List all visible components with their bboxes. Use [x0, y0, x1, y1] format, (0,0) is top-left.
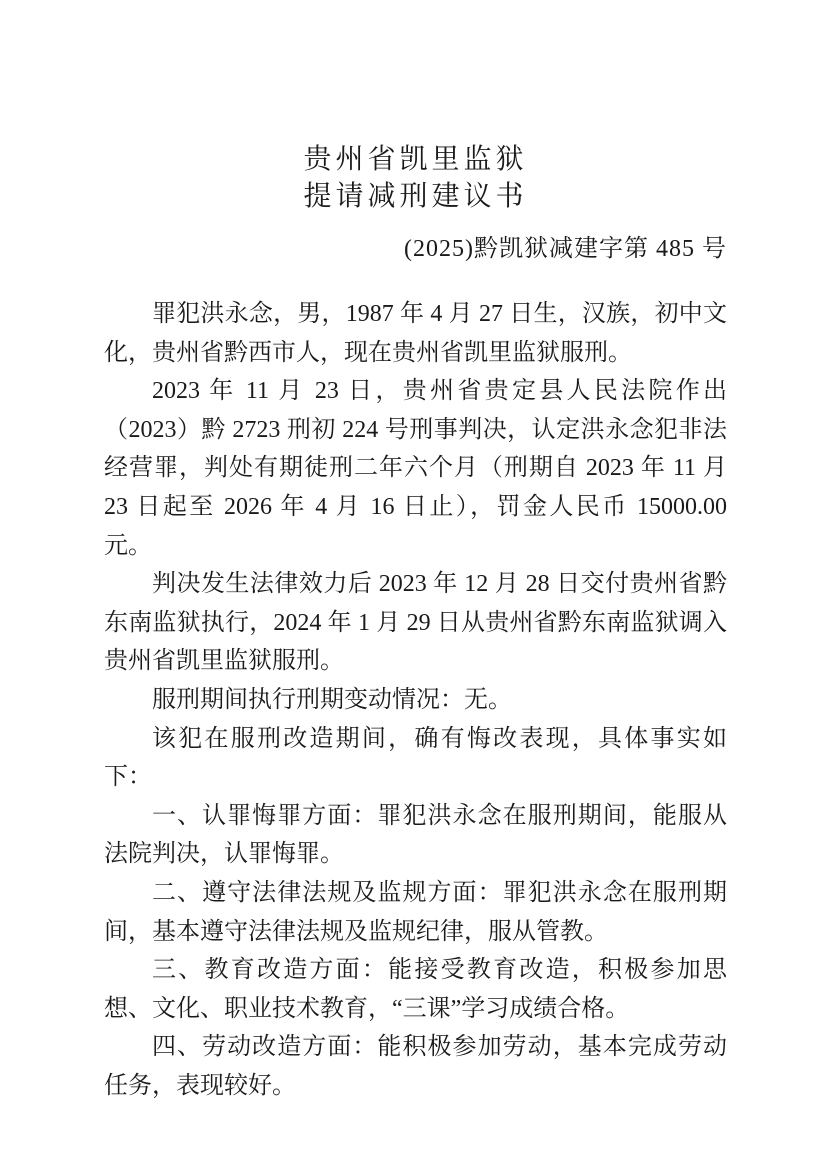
document-body: 罪犯洪永念，男，1987 年 4 月 27 日生，汉族，初中文化，贵州省黔西市人… [104, 295, 727, 1105]
paragraph-item-1-guilt-admission: 一、认罪悔罪方面：罪犯洪永念在服刑期间，能服从法院判决，认罪悔罪。 [104, 797, 727, 874]
paragraph-term-changes: 服刑期间执行刑期变动情况：无。 [104, 681, 727, 720]
paragraph-judgment: 2023 年 11 月 23 日，贵州省贵定县人民法院作出（2023）黔 272… [104, 372, 727, 565]
paragraph-repentance-intro: 该犯在服刑改造期间，确有悔改表现，具体事实如下： [104, 720, 727, 797]
paragraph-item-4-labor: 四、劳动改造方面：能积极参加劳动，基本完成劳动任务，表现较好。 [104, 1028, 727, 1105]
document-page: 贵州省凯里监狱 提请减刑建议书 (2025)黔凯狱减建字第 485 号 罪犯洪永… [0, 0, 827, 1169]
paragraph-item-2-rule-compliance: 二、遵守法律法规及监规方面：罪犯洪永念在服刑期间，基本遵守法律法规及监规纪律，服… [104, 874, 727, 951]
paragraph-transfer: 判决发生法律效力后 2023 年 12 月 28 日交付贵州省黔东南监狱执行，2… [104, 565, 727, 681]
paragraph-offender-info: 罪犯洪永念，男，1987 年 4 月 27 日生，汉族，初中文化，贵州省黔西市人… [104, 295, 727, 372]
document-title: 贵州省凯里监狱 提请减刑建议书 [0, 141, 827, 215]
paragraph-item-3-education: 三、教育改造方面：能接受教育改造，积极参加思想、文化、职业技术教育，“三课”学习… [104, 951, 727, 1028]
document-title-line-2: 提请减刑建议书 [0, 178, 827, 215]
document-number: (2025)黔凯狱减建字第 485 号 [404, 234, 727, 264]
document-title-line-1: 贵州省凯里监狱 [0, 141, 827, 178]
